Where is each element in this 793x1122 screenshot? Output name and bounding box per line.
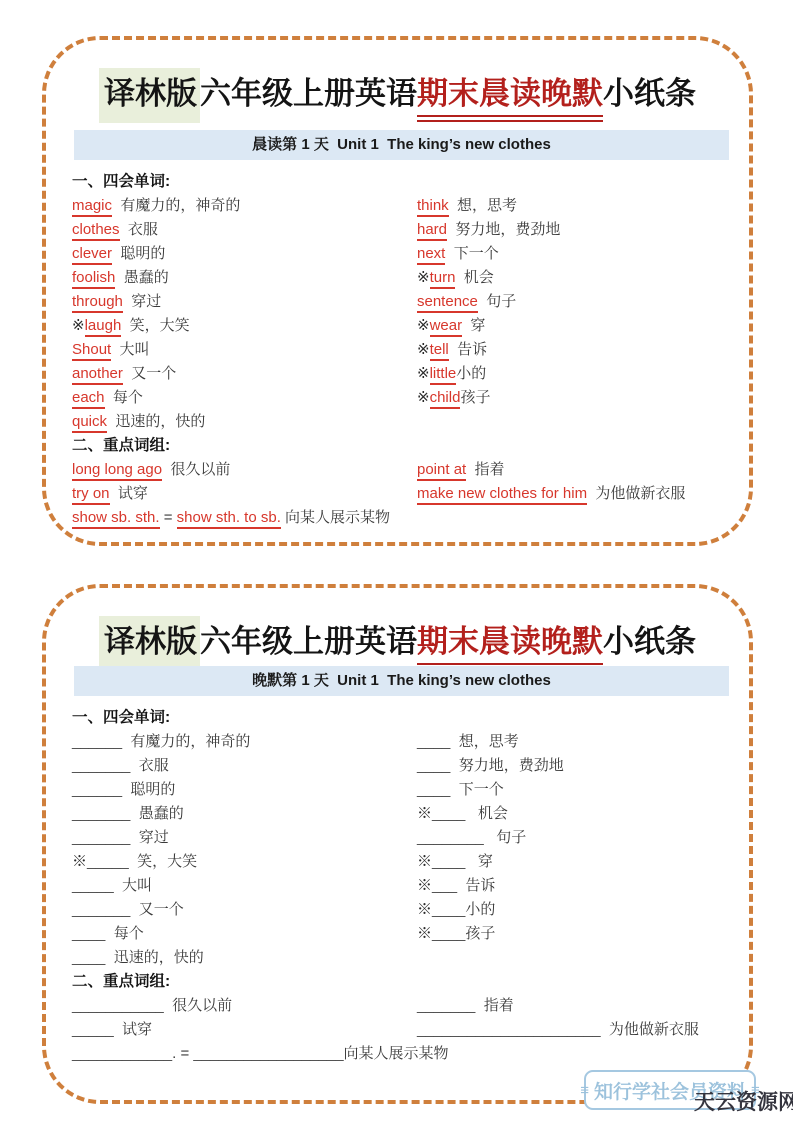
chinese-meaning: 迅速的，快的 — [105, 949, 203, 966]
blank-line: __________________ — [193, 1045, 343, 1062]
chinese-meaning: 衣服 — [120, 221, 158, 238]
watermark-corner-text: 天云资源网 — [694, 1086, 793, 1116]
phrase-row: long long ago 很久以前 — [72, 458, 417, 482]
chinese-meaning: 穿过 — [123, 293, 161, 310]
phrase-row: point at 指着 — [417, 458, 734, 482]
star-mark: ※ — [417, 805, 432, 822]
word-blank-row: ________ 句子 — [417, 826, 734, 850]
chinese-meaning: 小的 — [456, 365, 486, 382]
word-blank-row: ____ 迅速的，快的 — [72, 946, 417, 970]
chinese-meaning: 穿 — [462, 317, 485, 334]
word-row: ※laugh 笑，大笑 — [72, 314, 417, 338]
blank-line: ____ — [72, 925, 105, 942]
word-blank-row: ____ 努力地，费劲地 — [417, 754, 734, 778]
chinese-meaning: 告诉 — [449, 341, 487, 358]
chinese-meaning: 向某人展示某物 — [344, 1045, 449, 1062]
chinese-meaning: 很久以前 — [162, 461, 230, 478]
blank-line: ______ — [72, 781, 122, 798]
star-mark: ※ — [72, 317, 85, 334]
chinese-meaning: 大叫 — [114, 877, 152, 894]
blank-line: _______ — [72, 901, 130, 918]
english-word: wear — [430, 317, 463, 337]
page-title: 译林版六年级上册英语期末晨读晚默小纸条 — [46, 616, 749, 670]
star-mark: ※ — [72, 853, 87, 870]
chinese-meaning: 指着 — [475, 997, 513, 1014]
blank-line: _______ — [72, 829, 130, 846]
chinese-meaning: 聪明的 — [122, 781, 175, 798]
word-blank-row: ____ 下一个 — [417, 778, 734, 802]
word-row: foolish 愚蠢的 — [72, 266, 417, 290]
blank-line: _______ — [417, 997, 475, 1014]
english-word: tell — [430, 341, 449, 361]
chinese-meaning: 向某人展示某物 — [281, 509, 390, 526]
phrase-row: try on 试穿 — [72, 482, 417, 506]
blank-line: _____ — [87, 853, 129, 870]
word-blank-row: _______ 又一个 — [72, 898, 417, 922]
section-phrases-label: 二、重点词组: — [72, 970, 734, 994]
chinese-meaning: 又一个 — [123, 365, 176, 382]
english-word: hard — [417, 221, 447, 241]
chinese-meaning: 又一个 — [130, 901, 183, 918]
blank-line: _____ — [72, 877, 114, 894]
word-row: quick 迅速的，快的 — [72, 410, 417, 434]
english-word: another — [72, 365, 123, 385]
phrase-columns: ___________ 很久以前 _____ 试穿 _______ 指着 ___… — [72, 994, 734, 1042]
title-black-part: 六年级上册英语 — [200, 624, 417, 659]
word-row: each 每个 — [72, 386, 417, 410]
chinese-meaning: 句子 — [484, 829, 527, 846]
blank-line: ____ — [432, 853, 465, 870]
word-blank-row: _______ 愚蠢的 — [72, 802, 417, 826]
english-word: magic — [72, 197, 112, 217]
blank-line: _______ — [72, 805, 130, 822]
english-word: foolish — [72, 269, 115, 289]
word-blank-row: ____ 想，思考 — [417, 730, 734, 754]
english-word: clothes — [72, 221, 120, 241]
word-row: magic 有魔力的，神奇的 — [72, 194, 417, 218]
blank-line: ____ — [417, 733, 450, 750]
word-row: clothes 衣服 — [72, 218, 417, 242]
star-mark: ※ — [417, 341, 430, 358]
chinese-meaning: 小的 — [465, 901, 495, 918]
title-black-part: 小纸条 — [603, 624, 696, 659]
chinese-meaning: 笑，大笑 — [121, 317, 189, 334]
chinese-meaning: 试穿 — [114, 1021, 152, 1038]
blank-line: ____ — [432, 925, 465, 942]
phrases-left-column: ___________ 很久以前 _____ 试穿 — [72, 994, 417, 1042]
word-row: hard 努力地，费劲地 — [417, 218, 734, 242]
title-black-part: 六年级上册英语 — [200, 76, 417, 111]
english-word: clever — [72, 245, 112, 265]
chinese-meaning: 机会 — [465, 805, 508, 822]
blank-line: ________ — [417, 829, 484, 846]
word-blank-row: ______ 有魔力的，神奇的 — [72, 730, 417, 754]
word-blank-row: _____ 大叫 — [72, 874, 417, 898]
word-row: another 又一个 — [72, 362, 417, 386]
chinese-meaning: 句子 — [478, 293, 516, 310]
chinese-meaning: 穿 — [465, 853, 493, 870]
word-columns: magic 有魔力的，神奇的 clothes 衣服 clever 聪明的 foo… — [72, 194, 734, 434]
chinese-meaning: 想，思考 — [450, 733, 518, 750]
english-word: little — [430, 365, 457, 385]
english-word: next — [417, 245, 445, 265]
chinese-meaning: 想，思考 — [449, 197, 517, 214]
word-blank-row: _______ 衣服 — [72, 754, 417, 778]
blank-line: _____ — [72, 1021, 114, 1038]
chinese-meaning: 迅速的，快的 — [107, 413, 205, 430]
word-blank-row: ※_____ 笑，大笑 — [72, 850, 417, 874]
chinese-meaning: 有魔力的，神奇的 — [112, 197, 240, 214]
chinese-meaning: 为他做新衣服 — [587, 485, 685, 502]
card-content: 一、四会单词: ______ 有魔力的，神奇的 _______ 衣服 _____… — [72, 706, 734, 1066]
chinese-meaning: 愚蠢的 — [115, 269, 168, 286]
blank-line: ___________ — [72, 997, 164, 1014]
english-phrase: show sth. to sb. — [177, 509, 281, 529]
blank-line: ___ — [432, 877, 457, 894]
english-word: turn — [430, 269, 456, 289]
words-right-column: ____ 想，思考 ____ 努力地，费劲地 ____ 下一个 ※____ 机会… — [417, 730, 734, 970]
card-content: 一、四会单词: magic 有魔力的，神奇的 clothes 衣服 clever… — [72, 170, 734, 530]
blank-line: ____ — [417, 757, 450, 774]
word-columns: ______ 有魔力的，神奇的 _______ 衣服 ______ 聪明的 __… — [72, 730, 734, 970]
section-words-label: 一、四会单词: — [72, 706, 734, 730]
triple-bar-icon: ≡ — [580, 1082, 589, 1099]
phrase-row: make new clothes for him 为他做新衣服 — [417, 482, 734, 506]
blank-line: ____ — [72, 949, 105, 966]
chinese-meaning: 为他做新衣服 — [601, 1021, 699, 1038]
chinese-meaning: 聪明的 — [112, 245, 165, 262]
english-word: child — [430, 389, 461, 409]
chinese-meaning: 衣服 — [130, 757, 168, 774]
title-red-part: 期末晨读晚默 — [417, 616, 603, 670]
section-words-label: 一、四会单词: — [72, 170, 734, 194]
word-row: ※tell 告诉 — [417, 338, 734, 362]
words-left-column: magic 有魔力的，神奇的 clothes 衣服 clever 聪明的 foo… — [72, 194, 417, 434]
word-blank-row: _______ 穿过 — [72, 826, 417, 850]
word-row: ※turn 机会 — [417, 266, 734, 290]
star-mark: ※ — [417, 877, 432, 894]
phrases-left-column: long long ago 很久以前 try on 试穿 — [72, 458, 417, 506]
chinese-meaning: 下一个 — [450, 781, 503, 798]
word-row: ※wear 穿 — [417, 314, 734, 338]
word-blank-row: ※____小的 — [417, 898, 734, 922]
chinese-meaning: 孩子 — [465, 925, 495, 942]
chinese-meaning: 穿过 — [130, 829, 168, 846]
phrase-blank-row: _______ 指着 — [417, 994, 734, 1018]
word-row: ※little小的 — [417, 362, 734, 386]
word-blank-row: ※____ 穿 — [417, 850, 734, 874]
phrase-blank-row: ______________________ 为他做新衣服 — [417, 1018, 734, 1042]
title-black-part: 小纸条 — [603, 76, 696, 111]
title-highlighted-part: 译林版 — [99, 616, 200, 671]
english-word: sentence — [417, 293, 478, 313]
blank-line: ____ — [417, 781, 450, 798]
title-red-part: 期末晨读晚默 — [417, 68, 603, 122]
english-phrase: make new clothes for him — [417, 485, 587, 505]
english-phrase: point at — [417, 461, 466, 481]
chinese-meaning: 机会 — [455, 269, 493, 286]
word-blank-row: ______ 聪明的 — [72, 778, 417, 802]
blank-line: ____ — [432, 805, 465, 822]
equals-sign: . = — [172, 1045, 193, 1062]
star-mark: ※ — [417, 389, 430, 406]
chinese-meaning: 每个 — [105, 925, 143, 942]
word-row: think 想，思考 — [417, 194, 734, 218]
title-highlighted-part: 译林版 — [99, 68, 200, 123]
section-phrases-label: 二、重点词组: — [72, 434, 734, 458]
star-mark: ※ — [417, 365, 430, 382]
english-phrase: show sb. sth. — [72, 509, 160, 529]
chinese-meaning: 孩子 — [460, 389, 490, 406]
blank-line: ______ — [72, 733, 122, 750]
phrase-full-row: show sb. sth. = show sth. to sb. 向某人展示某物 — [72, 506, 734, 530]
chinese-meaning: 努力地，费劲地 — [450, 757, 563, 774]
chinese-meaning: 下一个 — [445, 245, 498, 262]
english-word: laugh — [85, 317, 122, 337]
unit-header-bar: 晚默第 1 天 Unit 1 The king’s new clothes — [74, 666, 729, 696]
chinese-meaning: 很久以前 — [164, 997, 232, 1014]
equals-sign: = — [160, 509, 177, 526]
english-word: think — [417, 197, 449, 217]
chinese-meaning: 试穿 — [110, 485, 148, 502]
blank-line: ____________ — [72, 1045, 172, 1062]
phrase-blank-row: ___________ 很久以前 — [72, 994, 417, 1018]
star-mark: ※ — [417, 853, 432, 870]
english-word: through — [72, 293, 123, 313]
chinese-meaning: 告诉 — [457, 877, 495, 894]
word-row: through 穿过 — [72, 290, 417, 314]
english-word: Shout — [72, 341, 111, 361]
star-mark: ※ — [417, 901, 432, 918]
phrase-columns: long long ago 很久以前 try on 试穿 point at 指着… — [72, 458, 734, 506]
chinese-meaning: 大叫 — [111, 341, 149, 358]
english-phrase: try on — [72, 485, 110, 505]
word-blank-row: ※____孩子 — [417, 922, 734, 946]
chinese-meaning: 努力地，费劲地 — [447, 221, 560, 238]
phrase-blank-row: _____ 试穿 — [72, 1018, 417, 1042]
word-row: next 下一个 — [417, 242, 734, 266]
blank-line: ____ — [432, 901, 465, 918]
phrases-right-column: point at 指着 make new clothes for him 为他做… — [417, 458, 734, 506]
chinese-meaning: 每个 — [105, 389, 143, 406]
word-row: sentence 句子 — [417, 290, 734, 314]
star-mark: ※ — [417, 925, 432, 942]
phrase-full-blank-row: ____________. = __________________向某人展示某… — [72, 1042, 734, 1066]
word-row: Shout 大叫 — [72, 338, 417, 362]
chinese-meaning: 笑，大笑 — [129, 853, 197, 870]
words-left-column: ______ 有魔力的，神奇的 _______ 衣服 ______ 聪明的 __… — [72, 730, 417, 970]
english-word: each — [72, 389, 105, 409]
word-row: clever 聪明的 — [72, 242, 417, 266]
word-row: ※child孩子 — [417, 386, 734, 410]
chinese-meaning: 指着 — [466, 461, 504, 478]
chinese-meaning: 有魔力的，神奇的 — [122, 733, 250, 750]
english-word: quick — [72, 413, 107, 433]
star-mark: ※ — [417, 269, 430, 286]
words-right-column: think 想，思考 hard 努力地，费劲地 next 下一个 ※turn 机… — [417, 194, 734, 434]
chinese-meaning: 愚蠢的 — [130, 805, 183, 822]
blank-line: ______________________ — [417, 1021, 601, 1038]
word-blank-row: ※____ 机会 — [417, 802, 734, 826]
english-phrase: long long ago — [72, 461, 162, 481]
page-title: 译林版六年级上册英语期末晨读晚默小纸条 — [46, 68, 749, 122]
evening-dictation-card: 译林版六年级上册英语期末晨读晚默小纸条 晚默第 1 天 Unit 1 The k… — [42, 584, 753, 1104]
star-mark: ※ — [417, 317, 430, 334]
morning-reading-card: 译林版六年级上册英语期末晨读晚默小纸条 晨读第 1 天 Unit 1 The k… — [42, 36, 753, 546]
word-blank-row: ____ 每个 — [72, 922, 417, 946]
unit-header-bar: 晨读第 1 天 Unit 1 The king’s new clothes — [74, 130, 729, 160]
blank-line: _______ — [72, 757, 130, 774]
phrases-right-column: _______ 指着 ______________________ 为他做新衣服 — [417, 994, 734, 1042]
word-blank-row: ※___ 告诉 — [417, 874, 734, 898]
